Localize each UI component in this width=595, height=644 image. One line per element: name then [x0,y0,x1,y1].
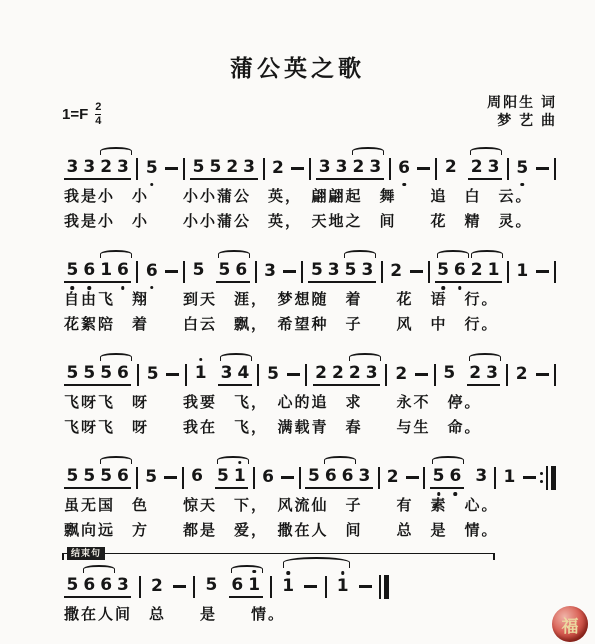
note: 5 [98,467,115,489]
note: 6 [396,159,413,178]
final-barline [379,575,389,599]
note: 6 [115,261,132,283]
barline [183,158,185,180]
note-digit: 5 [83,364,95,383]
note: 5 [143,159,160,178]
note-digit: 6 [83,576,95,595]
note: 6 [233,261,250,283]
note-digit: 6 [262,468,274,487]
note-digit: 1 [100,261,112,280]
note: 3 [367,158,384,180]
note: 2 [467,364,484,386]
sheet-music-page: 蒲公英之歌 1=F 2 4 周阳生 词 梦 艺 曲 33235552323323… [0,0,595,644]
note-digit: 5 [443,364,455,386]
note-digit: 5 [67,364,79,383]
note: 6 [339,467,356,489]
music-system: 3323555232332362235我是小 小 小小蒲公 英， 翩翩起 舞 追… [64,141,556,232]
note: 5 [64,261,81,283]
slur-arc-icon [437,250,469,258]
note: 5 [143,468,160,487]
barline [389,158,391,180]
note-group: 3323 [316,158,383,180]
note-digit: 5 [67,576,79,595]
note-digit: 2 [469,364,481,383]
note: 5 [144,365,161,384]
music-notation: 3323555232332362235我是小 小 小小蒲公 英， 翩翩起 舞 追… [0,129,556,625]
note: 6 [81,576,98,598]
barline [325,576,327,598]
note-digit: 6 [235,261,247,280]
note-digit: 5 [433,467,445,486]
lyricist-credit: 周阳生 词 [487,93,557,111]
dash-half-note [173,585,186,588]
note-digit: 2 [387,468,399,487]
barline [270,576,272,598]
note: 2 [346,364,363,386]
note-digit: 6 [146,262,158,281]
note: 2 [468,158,485,180]
note-digit: 5 [100,364,112,383]
lyric-line: 飞呀飞 呀 我要 飞， 心的追 求 永不 停。 [64,392,556,413]
lyric-line: 花絮陪 着 白云 飘， 希望种 子 风 中 行。 [64,314,556,335]
note: 6 [447,467,464,489]
note-digit: 6 [117,261,129,280]
slur-arc-icon [352,147,384,155]
note-digit: 6 [191,467,203,489]
dash-half-note [287,373,300,376]
barline [309,158,311,180]
note-digit: 6 [83,261,95,280]
note: 5 [308,261,325,283]
note-digit: 1 [234,467,246,486]
note: 3 [218,364,235,386]
note-digit: 3 [369,158,381,177]
note-digit: 3 [67,158,79,177]
note: 5 [64,467,81,489]
slur-arc-icon [344,250,376,258]
music-system: 555651345222325232飞呀飞 呀 我要 飞， 心的追 求 永不 停… [64,347,556,438]
note-digit: 1 [516,262,528,281]
lyric-line: 撒在人间 总 是 情。 [64,604,556,625]
note-digit: 2 [445,158,457,180]
octave-dot-high-icon [286,571,290,575]
note-digit: 2 [471,261,483,280]
barline [381,261,383,283]
barline [193,576,195,598]
note-group: 3323 [64,158,131,180]
note-digit: 1 [504,468,516,487]
note-digit: 5 [209,158,221,177]
lyric-line: 飞呀飞 呀 我在 飞， 满载青 春 与生 命。 [64,417,556,438]
dash-half-note [164,476,177,479]
barline [554,261,556,283]
note: 5 [64,576,81,598]
note: 2 [149,577,166,596]
note-digit: 5 [437,261,449,280]
note-digit: 2 [349,364,361,383]
note-digit: 3 [243,158,255,177]
note-digit: 3 [117,576,129,595]
note-digit: 5 [145,468,157,487]
note-digit: 2 [352,158,364,177]
lyric-line: 我是小 小 小小蒲公 英， 翩翩起 舞 追 白 云。 [64,186,556,207]
note-digit: 1 [248,576,260,595]
barline [385,364,387,386]
note-digit: 1 [195,364,207,386]
note-digit: 5 [217,467,229,486]
note: 1 [334,577,351,596]
note-digit: 5 [345,261,357,280]
note-group: 563 [430,467,490,489]
note-group: 523 [441,364,501,386]
note-digit: 1 [337,577,349,596]
note-digit: 3 [475,467,487,489]
time-signature-denominator: 4 [95,114,101,127]
note: 3 [333,158,350,180]
note-digit: 3 [336,158,348,177]
note-digit: 3 [319,158,331,177]
note-digit: 6 [325,467,337,486]
note: 5 [207,158,224,180]
note-digit: 2 [471,158,483,177]
octave-dot-high-icon [199,358,203,362]
note-digit: 5 [308,467,320,486]
dash-half-note [417,167,430,170]
dash-half-note [359,585,372,588]
octave-dot-low-icon [458,286,462,290]
octave-dot-low-icon [150,183,154,187]
note-digit: 3 [221,364,233,383]
note: 1 [246,576,263,598]
watermark-seal: 福 [552,606,588,642]
note: 2 [269,159,286,178]
note: 1 [192,364,209,386]
note-group: 5663 [64,576,131,598]
octave-dot-low-icon [437,492,441,496]
note: 5 [216,261,233,283]
note: 6 [81,261,98,283]
barline [137,364,139,386]
lyric-line: 自由飞 翔 到天 涯， 梦想随 着 花 语 行。 [64,289,556,310]
note: 3 [325,261,342,283]
note-digit: 3 [361,261,373,280]
barline [554,158,556,180]
barline [255,261,257,283]
octave-dot-low-icon [121,286,125,290]
note-digit: 3 [328,261,340,280]
dash-half-note [536,270,549,273]
note-digit: 2 [315,364,327,383]
notation-line: 555656516566325631 [64,450,556,491]
note-digit: 5 [193,261,205,283]
barline [435,158,437,180]
note-digit: 6 [342,467,354,486]
note: 5 [514,159,531,178]
notation-line: 3323555232332362235 [64,141,556,182]
note: 1 [501,468,518,487]
note-digit: 4 [237,364,249,383]
note-group: 5663 [305,467,372,489]
note: 2 [442,158,459,180]
note-digit: 2 [516,365,528,384]
note: 3 [363,364,380,386]
slur-arc-icon [100,456,132,464]
note-digit: 2 [100,158,112,177]
note: 1 [98,261,115,283]
note: 3 [64,158,81,180]
note-group: 556 [190,261,250,283]
note-digit: 6 [231,576,243,595]
barline [183,261,185,283]
barline [305,364,307,386]
note-group: 651 [189,467,249,489]
music-system: 结束句5663256111撒在人间 总 是 情。 [64,553,556,625]
octave-dot-low-icon [441,286,445,290]
note-digit: 5 [67,261,79,280]
slur-arc-icon [217,456,249,464]
barline [507,158,509,180]
note: 6 [115,467,132,489]
note-digit: 5 [147,365,159,384]
note: 2 [393,365,410,384]
note: 5 [305,467,322,489]
note: 2 [98,158,115,180]
repeat-dots-icon [540,467,543,489]
note-digit: 1 [488,261,500,280]
note-digit: 5 [146,159,158,178]
note: 5 [64,364,81,386]
barline [378,467,380,489]
note-group: 223 [442,158,502,180]
note: 5 [441,364,458,386]
note-digit: 1 [282,577,294,596]
slur-arc-icon [469,353,501,361]
note: 3 [356,467,373,489]
note-digit: 6 [454,261,466,280]
note: 2 [468,261,485,283]
slur-arc-icon [100,353,132,361]
note: 1 [280,577,297,596]
note: 6 [143,262,160,281]
note-digit: 3 [488,158,500,177]
tie-arc-icon [283,557,350,568]
note: 2 [350,158,367,180]
note: 5 [215,467,232,489]
note-digit: 3 [486,364,498,383]
barline [253,467,255,489]
note: 2 [384,468,401,487]
octave-dot-low-icon [402,183,406,187]
note: 1 [231,467,248,489]
note-digit: 2 [272,159,284,178]
note-digit: 5 [193,158,205,177]
note-digit: 3 [83,158,95,177]
seal-character: 福 [562,612,579,637]
note: 3 [484,364,501,386]
dash-half-note [536,373,549,376]
dash-half-note [415,373,428,376]
note-digit: 2 [151,577,163,596]
dash-half-note [166,373,179,376]
note: 5 [81,364,98,386]
note: 2 [224,158,241,180]
note: 5 [98,364,115,386]
note-digit: 5 [206,576,218,598]
slur-arc-icon [231,565,263,573]
barline [136,467,138,489]
note: 6 [451,261,468,283]
dash-half-note [165,270,178,273]
key-signature-text: 1=F [62,106,88,123]
note: 6 [189,467,206,489]
octave-dot-low-icon [521,183,525,187]
slur-arc-icon [220,353,252,361]
music-system: 5616655635353256211自由飞 翔 到天 涯， 梦想随 着 花 语… [64,244,556,335]
barline [301,261,303,283]
barline [506,364,508,386]
note-group: 5353 [308,261,375,283]
note-digit: 3 [117,158,129,177]
barline [263,158,265,180]
note: 3 [241,158,258,180]
note: 2 [313,364,330,386]
octave-dot-high-icon [341,571,345,575]
note-digit: 2 [332,364,344,383]
dash-half-note [523,476,536,479]
barline [139,576,141,598]
note-group: 2223 [313,364,380,386]
barline [428,261,430,283]
dash-half-note [291,167,304,170]
slur-arc-icon [100,147,132,155]
composer-credit: 梦 艺 曲 [487,111,557,129]
dash-half-note [304,585,317,588]
note: 5 [190,261,207,283]
slur-arc-icon [83,565,115,573]
note-digit: 6 [398,159,410,178]
note-digit: 6 [117,364,129,383]
note: 5 [203,576,220,598]
note-group: 5621 [435,261,502,283]
slur-arc-icon [100,250,132,258]
note: 3 [485,158,502,180]
note: 5 [81,467,98,489]
note: 5 [435,261,452,283]
time-signature-numerator: 2 [95,102,101,113]
notation-line: 555651345222325232 [64,347,556,388]
note: 4 [235,364,252,386]
octave-dot-low-icon [71,286,75,290]
dash-half-note [281,476,294,479]
note: 6 [98,576,115,598]
dash-half-note [406,476,419,479]
slur-arc-icon [470,147,502,155]
barline [299,467,301,489]
barline [554,364,556,386]
dash-half-note [536,167,549,170]
music-system: 555656516566325631虽无国 色 惊天 下， 风流仙 子 有 素 … [64,450,556,541]
dash-half-note [410,270,423,273]
note-digit: 5 [100,467,112,486]
note-digit: 3 [366,364,378,383]
note-group: 5616 [64,261,131,283]
octave-dot-low-icon [88,286,92,290]
slur-arc-icon [324,456,356,464]
lyric-line: 虽无国 色 惊天 下， 风流仙 子 有 素 心。 [64,495,556,516]
note-digit: 5 [311,261,323,280]
note-digit: 5 [218,261,230,280]
note: 2 [513,365,530,384]
slur-arc-icon [471,250,503,258]
note: 6 [115,364,132,386]
page-title: 蒲公英之歌 [0,0,595,83]
note-group: 5556 [64,467,131,489]
note: 5 [190,158,207,180]
note: 3 [316,158,333,180]
octave-dot-low-icon [454,492,458,496]
dash-half-note [283,270,296,273]
repeat-final-barline [540,466,556,490]
note-digit: 2 [226,158,238,177]
note-digit: 5 [83,467,95,486]
note: 3 [473,467,490,489]
barline [185,364,187,386]
dash-half-note [165,167,178,170]
meta-row: 1=F 2 4 周阳生 词 梦 艺 曲 [0,83,595,129]
note-digit: 6 [117,467,129,486]
barline [257,364,259,386]
note: 5 [430,467,447,489]
note: 2 [388,262,405,281]
note: 5 [265,365,282,384]
barline [423,467,425,489]
slur-arc-icon [349,353,381,361]
note: 1 [485,261,502,283]
note: 6 [229,576,246,598]
note: 3 [115,158,132,180]
note-digit: 5 [516,159,528,178]
barline [136,158,138,180]
barline [136,261,138,283]
octave-dot-low-icon [150,286,154,290]
note: 2 [330,364,347,386]
time-signature: 2 4 [95,102,101,127]
note-digit: 2 [395,365,407,384]
barline [182,467,184,489]
note: 6 [260,468,277,487]
key-signature: 1=F 2 4 [62,102,101,129]
note: 3 [115,576,132,598]
note-digit: 6 [100,576,112,595]
barline [507,261,509,283]
barline [494,467,496,489]
note-digit: 3 [264,262,276,281]
note: 3 [81,158,98,180]
note: 3 [262,262,279,281]
notation-line: 5616655635353256211 [64,244,556,285]
lyric-line: 飘向远 方 都是 爱， 撒在人 间 总 是 情。 [64,520,556,541]
note-group: 5523 [190,158,257,180]
note-group: 134 [192,364,252,386]
barline [434,364,436,386]
note-group: 561 [203,576,263,598]
note: 1 [514,262,531,281]
lyric-line: 我是小 小 小小蒲公 英， 天地之 间 花 精 灵。 [64,211,556,232]
note-digit: 2 [390,262,402,281]
slur-arc-icon [432,456,464,464]
note-digit: 3 [359,467,371,486]
note-digit: 5 [267,365,279,384]
